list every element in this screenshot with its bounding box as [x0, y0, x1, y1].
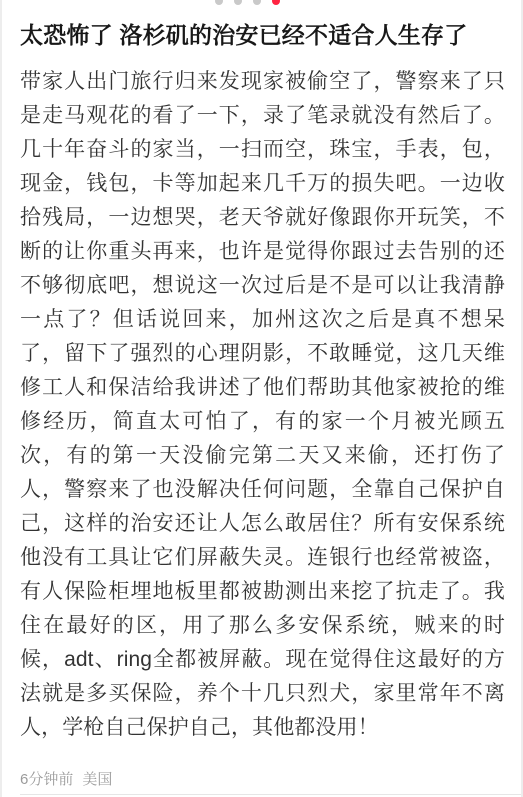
carousel-dot: [215, 0, 223, 5]
post-meta: 6分钟前 美国: [20, 770, 503, 790]
carousel-dot-active: [272, 0, 280, 5]
carousel-dot: [234, 0, 242, 5]
post-location: 美国: [82, 770, 112, 790]
carousel-dots: [0, 0, 507, 5]
post-body-text: 带家人出门旅行归来发现家被偷空了，警察来了只是走马观花的看了一下，录了笔录就没有…: [2, 51, 521, 745]
post-timestamp: 6分钟前: [20, 770, 73, 790]
bottom-divider: [20, 794, 521, 795]
carousel-dot: [253, 0, 261, 5]
post-title: 太恐怖了 洛杉矶的治安已经不适合人生存了: [2, 0, 521, 51]
post-detail-page: 太恐怖了 洛杉矶的治安已经不适合人生存了 带家人出门旅行归来发现家被偷空了，警察…: [0, 0, 523, 797]
